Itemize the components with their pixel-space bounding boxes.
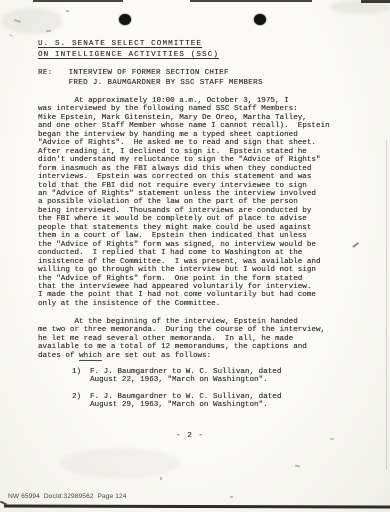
scan-edge-line xyxy=(386,140,387,470)
scan-edge-line xyxy=(33,0,123,2)
committee-name-line2: ON INTELLIGENCE ACTIVITIES (SSC) xyxy=(38,50,219,61)
scanned-document-page: U. S. SENATE SELECT COMMITTEE ON INTELLI… xyxy=(0,0,390,512)
re-label: RE: xyxy=(38,69,53,88)
scan-smudge xyxy=(2,8,62,34)
document-header: U. S. SENATE SELECT COMMITTEE ON INTELLI… xyxy=(38,39,219,61)
scan-edge-line xyxy=(361,0,390,3)
memo-item-number: 2) xyxy=(72,393,90,410)
memo-list-item: 2) F. J. Baumgardner to W. C. Sullivan, … xyxy=(72,393,281,410)
memo-item-text: F. J. Baumgardner to W. C. Sullivan, dat… xyxy=(90,393,281,410)
scan-speck xyxy=(14,19,21,23)
scan-speck xyxy=(46,30,51,32)
hole-punch-dot xyxy=(119,14,131,25)
memo-list-item: 1) F. J. Baumgardner to W. C. Sullivan, … xyxy=(72,368,281,385)
scan-speck xyxy=(66,10,69,12)
hole-punch-dot xyxy=(254,14,266,25)
subject-line2: FRED J. BAUMGARDNER BY SSC STAFF MEMBERS xyxy=(69,79,263,89)
subject-block: RE: INTERVIEW OF FORMER SECTION CHIEF FR… xyxy=(38,69,263,88)
archive-stamp: NW 65994 DocId:32989562 Page 124 xyxy=(8,493,127,500)
body-paragraph-2: At the beginning of the interview, Epste… xyxy=(38,318,325,360)
body-paragraph-1: At approximately 10:00 a.m., October 3, … xyxy=(38,97,330,308)
scan-speck xyxy=(9,34,13,37)
scan-speck xyxy=(352,242,359,247)
subject-lines: INTERVIEW OF FORMER SECTION CHIEF FRED J… xyxy=(69,69,263,88)
page-number: - 2 - xyxy=(0,432,380,440)
committee-name-line1: U. S. SENATE SELECT COMMITTEE xyxy=(38,39,219,50)
scan-speck xyxy=(160,477,162,480)
scan-smudge xyxy=(330,0,390,14)
scan-bottom-line xyxy=(0,501,7,506)
memo-item-number: 1) xyxy=(72,368,90,385)
scan-speck xyxy=(230,496,233,498)
scan-bottom-line xyxy=(4,504,390,508)
scan-speck xyxy=(295,465,300,468)
scan-edge-line xyxy=(190,0,312,2)
subject-line1: INTERVIEW OF FORMER SECTION CHIEF xyxy=(69,69,263,79)
memo-item-text: F. J. Baumgardner to W. C. Sullivan, dat… xyxy=(90,368,281,385)
scan-smudge xyxy=(60,448,180,478)
